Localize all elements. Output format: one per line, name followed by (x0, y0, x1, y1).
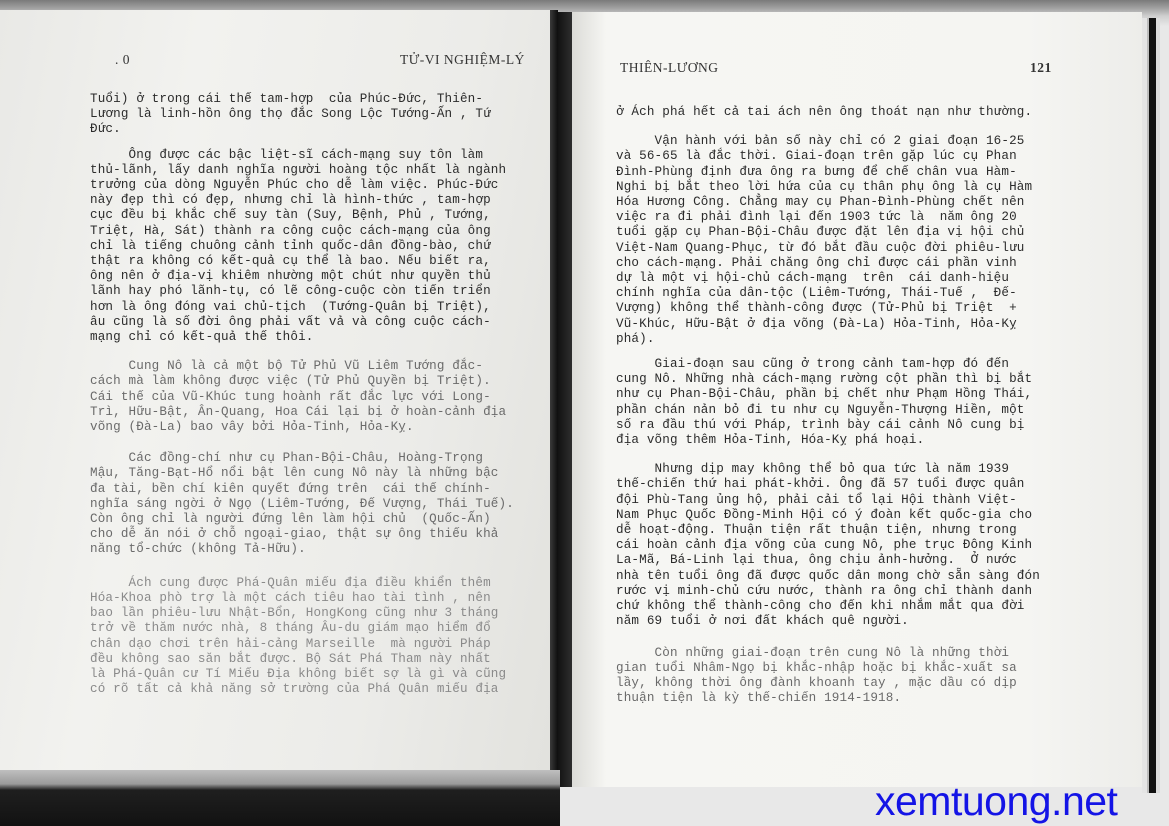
left-running-title: TỬ-VI NGHIỆM-LÝ (400, 52, 525, 68)
left-page-body: Tuổi) ở trong cái thế tam-hợp của Phúc-Đ… (90, 92, 514, 697)
text-line: cho cách-mạng. Phải chăng ông chỉ được c… (616, 256, 1040, 271)
text-line: số ra đầu thú với Pháp, trình bày cái cả… (616, 418, 1040, 433)
text-line: hơn là ông đóng vai chủ-tịch (Tướng-Quân… (90, 300, 514, 315)
text-line: Cái thế của Vũ-Khúc tung hoành rất đắc l… (90, 390, 514, 405)
right-running-title: THIÊN-LƯƠNG (620, 60, 718, 76)
left-page: . 0 TỬ-VI NGHIỆM-LÝ Tuổi) ở trong cái th… (0, 10, 552, 770)
text-line: thuận tiện là kỳ thế-chiến 1914-1918. (616, 691, 1040, 706)
text-line: cái hoàn cảnh địa võng của cung Nô, phe … (616, 538, 1040, 553)
text-line: việc ra đi phải đình lại đến 1903 tức là… (616, 210, 1040, 225)
right-page-body: ở Ách phá hết cả tai ách nên ông thoát n… (616, 105, 1040, 706)
text-line: địa võng thêm Hỏa-Tinh, Hóa-Kỵ phá hoại. (616, 433, 1040, 448)
text-line: cục đều bị khắc chế suy tàn (Suy, Bệnh, … (90, 208, 514, 223)
text-line: Ách cung được Phá-Quân miếu địa điều khi… (90, 576, 514, 591)
text-line: phần chán nản bỏ đi tu như cụ Nguyễn-Thư… (616, 403, 1040, 418)
text-line: mạng chỉ có kết-quả thế thôi. (90, 330, 514, 345)
paragraph: Vận hành với bản số này chỉ có 2 giai đo… (616, 134, 1040, 347)
text-line: Trì, Hữu-Bật, Ân-Quang, Hoa Cái lại bị ở… (90, 405, 514, 420)
text-line: Còn ông chỉ là người đứng lên làm hội ch… (90, 512, 514, 527)
paragraph: Ách cung được Phá-Quân miếu địa điều khi… (90, 576, 514, 698)
text-line: Các đồng-chí như cụ Phan-Bội-Châu, Hoàng… (90, 451, 514, 466)
paragraph: Nhưng dịp may không thể bỏ qua tức là nă… (616, 462, 1040, 629)
text-line: Hóa-Khoa phò trợ là một cách tiêu hao tà… (90, 591, 514, 606)
book-bottom-edge (0, 770, 560, 826)
text-line: Tuổi) ở trong cái thế tam-hợp của Phúc-Đ… (90, 92, 514, 107)
site-watermark: xemtuong.net (875, 776, 1117, 826)
text-line: Đức. (90, 122, 514, 137)
paragraph: Còn những giai-đoạn trên cung Nô là nhữn… (616, 646, 1040, 707)
text-line: thủ-lãnh, lấy danh nghĩa người hoàng tộc… (90, 163, 514, 178)
right-page: THIÊN-LƯƠNG 121 ở Ách phá hết cả tai ách… (572, 12, 1142, 787)
text-line: đều không sao săn bắt được. Bộ Sát Phá T… (90, 652, 514, 667)
text-line: Đình-Phùng định đưa ông ra bưng để chế c… (616, 165, 1040, 180)
text-line: cho dễ ăn nói ở chỗ ngoại-giao, thật sự … (90, 527, 514, 542)
text-line: La-Mã, Bá-Linh lại thua, ông chịu ảnh-hư… (616, 553, 1040, 568)
text-line: này đẹp thì có đẹp, nhưng chỉ là hình-th… (90, 193, 514, 208)
text-line: chính nghĩa của dân-tộc (Liêm-Tướng, Thá… (616, 286, 1040, 301)
text-line: và 56-65 là đắc thời. Giai-đoạn trên gặp… (616, 149, 1040, 164)
text-line: lầy, không thời ông đành khoanh tay , mặ… (616, 676, 1040, 691)
text-line: Vũ-Khúc, Hữu-Bật ở địa võng (Đà-La) Hỏa-… (616, 317, 1040, 332)
text-line: năng tổ-chức (không Tả-Hữu). (90, 542, 514, 557)
text-line: chân dạo chơi trên hải-cảng Marseille mà… (90, 637, 514, 652)
text-line: ông nên ở địa-vị khiêm nhường một chút n… (90, 269, 514, 284)
text-line: rước vị minh-chủ cứu nước, thành ra ông … (616, 584, 1040, 599)
paragraph: Ông được các bậc liệt-sĩ cách-mạng suy t… (90, 148, 514, 346)
text-line: thế-chiến thứ hai phát-khởi. Ông đã 57 t… (616, 477, 1040, 492)
scanned-book-spread: . 0 TỬ-VI NGHIỆM-LÝ Tuổi) ở trong cái th… (0, 0, 1169, 826)
text-line: chứ không thể thành-công cho đến khi nhắ… (616, 599, 1040, 614)
text-line: Ông được các bậc liệt-sĩ cách-mạng suy t… (90, 148, 514, 163)
right-page-number: 121 (1030, 60, 1052, 76)
paragraph: ở Ách phá hết cả tai ách nên ông thoát n… (616, 105, 1040, 120)
text-line: Lương là linh-hồn ông thọ đắc Song Lộc T… (90, 107, 514, 122)
text-line: âu cũng là số đời ông phải vất vả và côn… (90, 315, 514, 330)
text-line: Nhưng dịp may không thể bỏ qua tức là nă… (616, 462, 1040, 477)
text-line: dễ hoạt-động. Thuận tiện rất thuận tiện,… (616, 523, 1040, 538)
text-line: dự là một vị hội-chủ cách-mạng trên cái … (616, 271, 1040, 286)
text-line: Nam Phục Quốc Đồng-Minh Hội có ý đoàn kế… (616, 508, 1040, 523)
text-line: như cụ Phan-Bội-Châu, phần bị chết như P… (616, 387, 1040, 402)
text-line: Vượng) không thể thành-công được (Tử-Phủ… (616, 301, 1040, 316)
left-page-number: . 0 (115, 52, 130, 68)
text-line: tuổi gặp cụ Phan-Bội-Châu được đặt lên đ… (616, 225, 1040, 240)
text-line: trở về thăm nước nhà, 8 tháng Âu-du giám… (90, 621, 514, 636)
text-line: đa tài, bền chí kiên quyết đứng trên cái… (90, 482, 514, 497)
text-line: nhà tên tuổi ông đã được quốc dân mong c… (616, 569, 1040, 584)
text-line: thật ra không có kết-quả cụ thể là bao. … (90, 254, 514, 269)
text-line: Triệt, Hà, Sát) thành ra công cuộc cách-… (90, 224, 514, 239)
paragraph: Tuổi) ở trong cái thế tam-hợp của Phúc-Đ… (90, 92, 514, 138)
text-line: Còn những giai-đoạn trên cung Nô là nhữn… (616, 646, 1040, 661)
text-line: năm 69 tuổi ở nơi đất khách quê người. (616, 614, 1040, 629)
text-line: Vận hành với bản số này chỉ có 2 giai đo… (616, 134, 1040, 149)
text-line: có rõ tất cả khả năng sở trường của Phá … (90, 682, 514, 697)
text-line: bao lần phiêu-lưu Nhật-Bổn, HongKong cũn… (90, 606, 514, 621)
text-line: chỉ là tiếng chuông cảnh tỉnh quốc-dân đ… (90, 239, 514, 254)
text-line: ở Ách phá hết cả tai ách nên ông thoát n… (616, 105, 1040, 120)
text-line: võng (Đà-La) bao vây bởi Hỏa-Tinh, Hỏa-K… (90, 420, 514, 435)
text-line: trưởng của dòng Nguyễn Phúc cho dễ làm v… (90, 178, 514, 193)
text-line: Việt-Nam Quang-Phục, từ đó bắt đầu cuộc … (616, 241, 1040, 256)
text-line: nghĩa sáng ngời ở Ngọ (Liêm-Tướng, Đế Vư… (90, 497, 514, 512)
text-line: Cung Nô là cả một bộ Tử Phủ Vũ Liêm Tướn… (90, 359, 514, 374)
paragraph: Giai-đoạn sau cũng ở trong cảnh tam-hợp … (616, 357, 1040, 448)
text-line: Hóa Hương Công. Chẳng may cụ Phan-Đình-P… (616, 195, 1040, 210)
text-line: đội Phù-Tang ủng hộ, phải cải tổ lại Hội… (616, 493, 1040, 508)
text-line: Giai-đoạn sau cũng ở trong cảnh tam-hợp … (616, 357, 1040, 372)
text-line: gian tuổi Nhâm-Ngọ bị khắc-nhập hoặc bị … (616, 661, 1040, 676)
text-line: phá). (616, 332, 1040, 347)
text-line: lãnh hay phó lãnh-tụ, có lẽ công-cuộc cò… (90, 284, 514, 299)
text-line: cách mà làm không được việc (Tử Phủ Quyề… (90, 374, 514, 389)
paragraph: Các đồng-chí như cụ Phan-Bội-Châu, Hoàng… (90, 451, 514, 557)
text-line: Nghi bị bắt theo lời hứa của cụ thân phụ… (616, 180, 1040, 195)
paragraph: Cung Nô là cả một bộ Tử Phủ Vũ Liêm Tướn… (90, 359, 514, 435)
text-line: cung Nô. Những nhà cách-mạng rường cột p… (616, 372, 1040, 387)
text-line: Mậu, Tăng-Bạt-Hổ nổi bật lên cung Nô này… (90, 466, 514, 481)
text-line: là Phá-Quân cư Tí Miếu Địa không biết sợ… (90, 667, 514, 682)
